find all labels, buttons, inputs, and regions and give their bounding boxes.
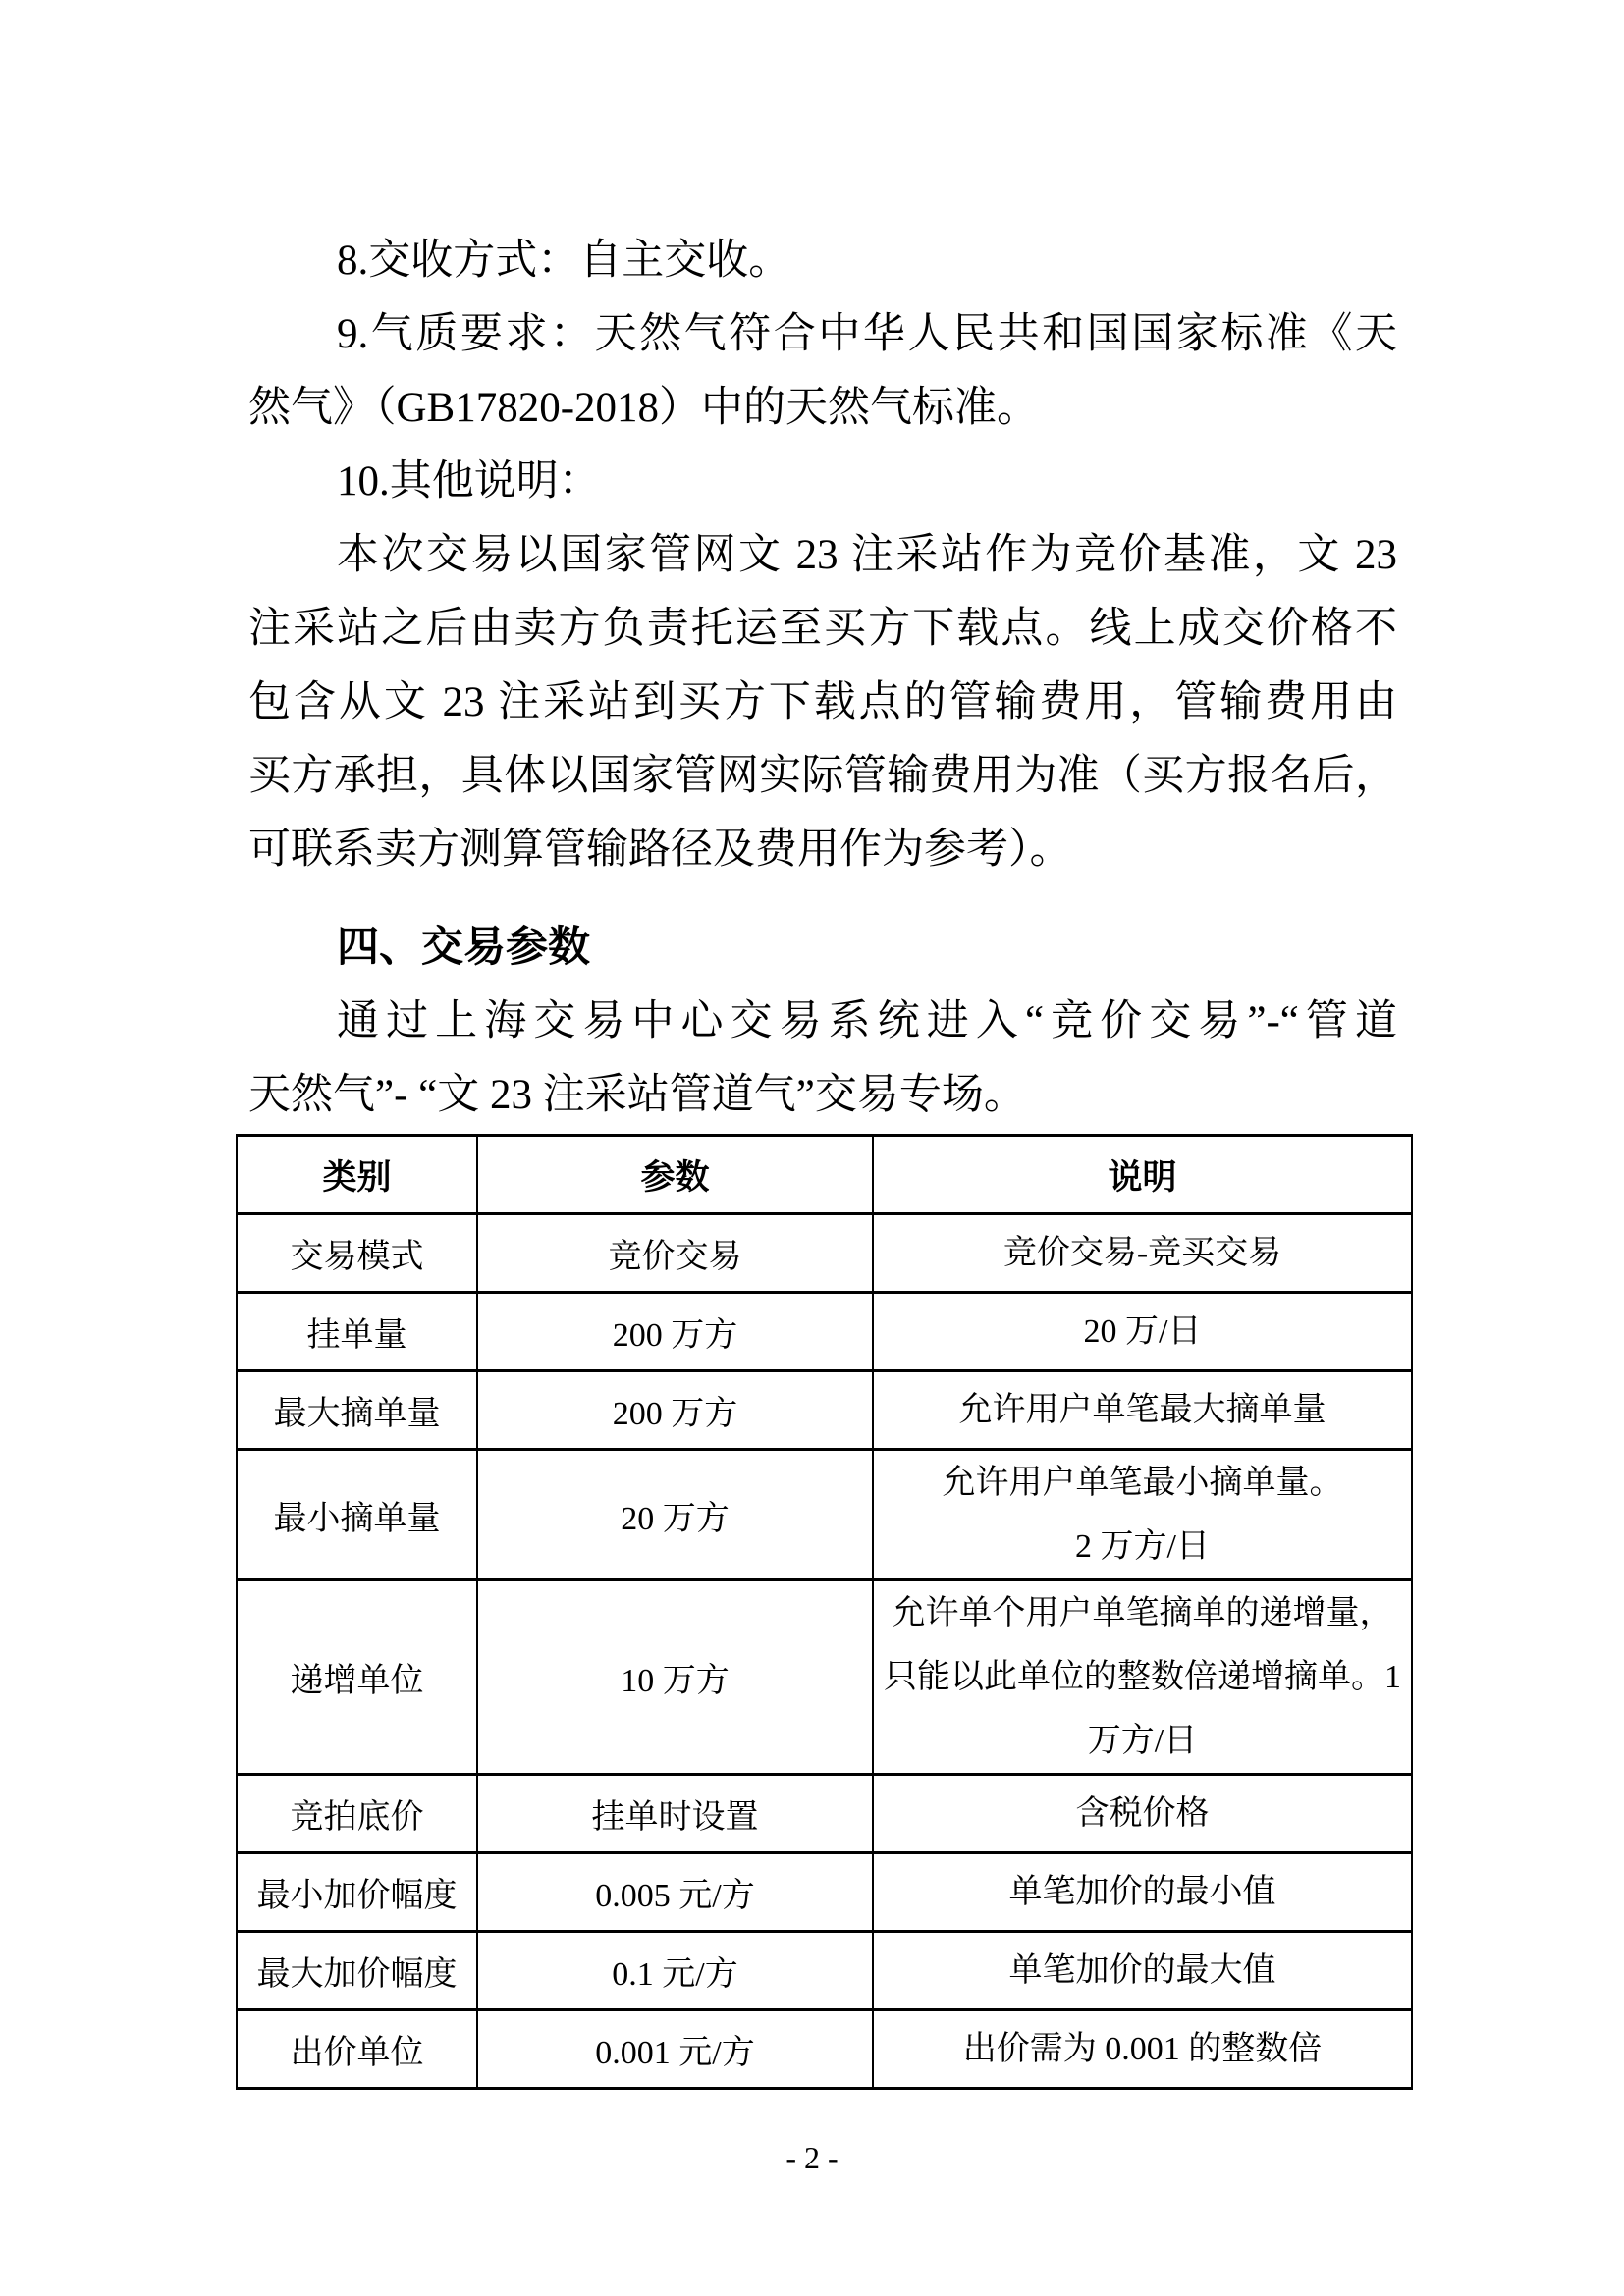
table-row: 最大加价幅度 0.1 元/方 单笔加价的最大值 — [237, 1932, 1412, 2010]
cell-category: 最小摘单量 — [237, 1450, 477, 1580]
paragraph-line: 10.其他说明： — [248, 445, 1397, 518]
table-header-row: 类别 参数 说明 — [237, 1136, 1412, 1214]
cell-parameter: 200 万方 — [477, 1293, 873, 1371]
cell-parameter: 10 万方 — [477, 1580, 873, 1775]
document-page: 8.交收方式：自主交收。 9.气质要求：天然气符合中华人民共和国国家标准《天 然… — [0, 0, 1624, 2296]
paragraph-line: 注采站之后由卖方负责托运至买方下载点。线上成交价格不 — [248, 592, 1397, 666]
cell-category: 交易模式 — [237, 1214, 477, 1293]
cell-line: 竞价交易-竞买交易 — [876, 1221, 1409, 1285]
cell-line: 允许用户单笔最大摘单量 — [876, 1378, 1409, 1442]
table-row: 挂单量 200 万方 20 万/日 — [237, 1293, 1412, 1371]
cell-category: 递增单位 — [237, 1580, 477, 1775]
cell-category: 竞拍底价 — [237, 1775, 477, 1853]
section-heading: 四、交易参数 — [248, 911, 1397, 985]
cell-line: 20 万/日 — [876, 1300, 1409, 1363]
cell-description: 竞价交易-竞买交易 — [873, 1214, 1412, 1293]
paragraph-line: 然气》（GB17820-2018）中的天然气标准。 — [248, 371, 1397, 445]
cell-line: 含税价格 — [876, 1782, 1409, 1845]
cell-description: 20 万/日 — [873, 1293, 1412, 1371]
paragraph-line: 本次交易以国家管网文 23 注采站作为竞价基准，文 23 — [248, 518, 1397, 592]
document-body: 8.交收方式：自主交收。 9.气质要求：天然气符合中华人民共和国国家标准《天 然… — [248, 224, 1397, 2090]
cell-parameter: 200 万方 — [477, 1371, 873, 1450]
cell-category: 最大摘单量 — [237, 1371, 477, 1450]
cell-description: 含税价格 — [873, 1775, 1412, 1853]
page-number: - 2 - — [0, 2138, 1624, 2177]
table-row: 交易模式 竞价交易 竞价交易-竞买交易 — [237, 1214, 1412, 1293]
cell-line: 单笔加价的最大值 — [876, 1939, 1409, 2002]
cell-parameter: 竞价交易 — [477, 1214, 873, 1293]
cell-description: 单笔加价的最小值 — [873, 1853, 1412, 1932]
cell-line: 允许单个用户单笔摘单的递增量， — [876, 1581, 1409, 1645]
table-row: 递增单位 10 万方 允许单个用户单笔摘单的递增量， 只能以此单位的整数倍递增摘… — [237, 1580, 1412, 1775]
table-row: 竞拍底价 挂单时设置 含税价格 — [237, 1775, 1412, 1853]
paragraph-line: 天然气”- “文 23 注采站管道气”交易专场。 — [248, 1058, 1397, 1132]
cell-line: 只能以此单位的整数倍递增摘单。1 — [876, 1645, 1409, 1709]
cell-parameter: 0.1 元/方 — [477, 1932, 873, 2010]
table-header-category: 类别 — [237, 1136, 477, 1214]
cell-line: 单笔加价的最小值 — [876, 1860, 1409, 1924]
cell-description: 允许单个用户单笔摘单的递增量， 只能以此单位的整数倍递增摘单。1 万方/日 — [873, 1580, 1412, 1775]
cell-category: 最大加价幅度 — [237, 1932, 477, 2010]
paragraph-line: 8.交收方式：自主交收。 — [248, 224, 1397, 297]
cell-line: 出价需为 0.001 的整数倍 — [876, 2017, 1409, 2081]
table-row: 最小摘单量 20 万方 允许用户单笔最小摘单量。 2 万方/日 — [237, 1450, 1412, 1580]
cell-parameter: 0.005 元/方 — [477, 1853, 873, 1932]
cell-description: 出价需为 0.001 的整数倍 — [873, 2010, 1412, 2089]
cell-parameter: 20 万方 — [477, 1450, 873, 1580]
table-row: 最小加价幅度 0.005 元/方 单笔加价的最小值 — [237, 1853, 1412, 1932]
cell-category: 最小加价幅度 — [237, 1853, 477, 1932]
paragraph-line: 包含从文 23 注采站到买方下载点的管输费用，管输费用由 — [248, 666, 1397, 739]
table-header-description: 说明 — [873, 1136, 1412, 1214]
trading-parameters-table: 类别 参数 说明 交易模式 竞价交易 竞价交易-竞买交易 挂单量 200 万方 … — [236, 1134, 1413, 2090]
paragraph-line: 通过上海交易中心交易系统进入“竞价交易”-“管道 — [248, 985, 1397, 1058]
cell-line: 万方/日 — [876, 1709, 1409, 1773]
cell-parameter: 挂单时设置 — [477, 1775, 873, 1853]
cell-category: 出价单位 — [237, 2010, 477, 2089]
table-row: 出价单位 0.001 元/方 出价需为 0.001 的整数倍 — [237, 2010, 1412, 2089]
paragraph-line: 买方承担，具体以国家管网实际管输费用为准（买方报名后， — [248, 739, 1397, 813]
paragraph-line: 可联系卖方测算管输路径及费用作为参考）。 — [248, 813, 1397, 886]
cell-description: 单笔加价的最大值 — [873, 1932, 1412, 2010]
cell-category: 挂单量 — [237, 1293, 477, 1371]
cell-parameter: 0.001 元/方 — [477, 2010, 873, 2089]
cell-description: 允许用户单笔最大摘单量 — [873, 1371, 1412, 1450]
table-row: 最大摘单量 200 万方 允许用户单笔最大摘单量 — [237, 1371, 1412, 1450]
cell-line: 2 万方/日 — [876, 1515, 1409, 1578]
cell-line: 允许用户单笔最小摘单量。 — [876, 1451, 1409, 1515]
table-header-parameter: 参数 — [477, 1136, 873, 1214]
cell-description: 允许用户单笔最小摘单量。 2 万方/日 — [873, 1450, 1412, 1580]
paragraph-line: 9.气质要求：天然气符合中华人民共和国国家标准《天 — [248, 297, 1397, 371]
